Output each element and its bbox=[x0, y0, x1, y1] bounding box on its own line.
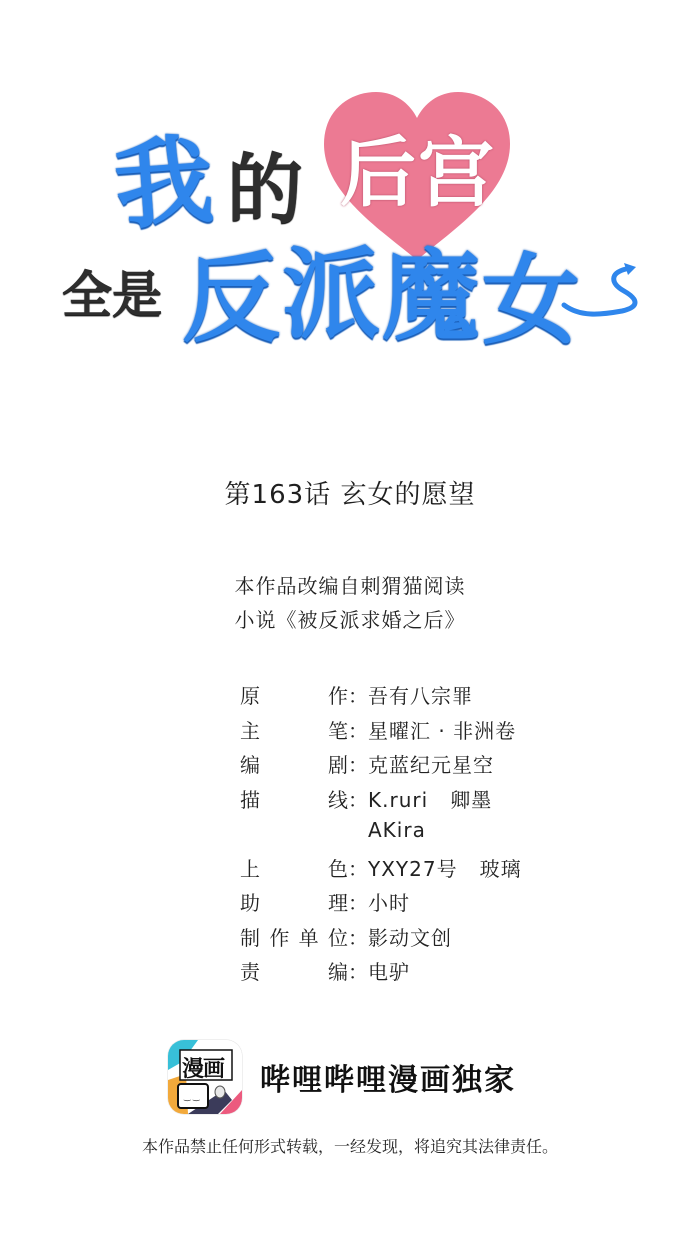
credit-label: 上 色： bbox=[240, 853, 368, 888]
brand-banner: ‿ ‿ 漫画 哔哩哔哩漫画独家 bbox=[168, 1040, 516, 1114]
credit-value: 小时 bbox=[368, 887, 410, 922]
label-char: 位： bbox=[328, 922, 368, 957]
logo-char: 派 bbox=[282, 246, 376, 344]
credit-value: YXY27号 玻璃 bbox=[368, 853, 522, 888]
credit-value: AKira bbox=[368, 818, 426, 853]
label-char: 主 bbox=[240, 715, 260, 750]
logo-char: 的 bbox=[227, 152, 299, 228]
credit-label: 责 编： bbox=[240, 956, 368, 991]
credit-row-lineart-cont: AKira bbox=[240, 818, 522, 853]
label-char: 制 bbox=[240, 922, 260, 957]
credit-label: 原 作： bbox=[240, 680, 368, 715]
logo-char: 全 bbox=[62, 270, 108, 320]
credit-row-lineart: 描 线： K.ruri 卿墨 bbox=[240, 784, 522, 819]
credit-row-script: 编 剧： 克蓝纪元星空 bbox=[240, 749, 522, 784]
label-char: 上 bbox=[240, 853, 260, 888]
logo-char: 宫 bbox=[418, 135, 490, 211]
label-char: 色： bbox=[328, 853, 368, 888]
label-char: 作 bbox=[269, 922, 289, 957]
logo-char: 是 bbox=[112, 270, 158, 320]
bilibili-comics-app-icon: ‿ ‿ 漫画 bbox=[168, 1040, 242, 1114]
credit-label bbox=[240, 818, 368, 853]
label-char: 助 bbox=[240, 887, 260, 922]
app-icon-text: 漫画 bbox=[182, 1052, 224, 1083]
credit-value: 克蓝纪元星空 bbox=[368, 749, 494, 784]
logo-char: 魔 bbox=[382, 248, 476, 346]
credit-value: 吾有八宗罪 bbox=[368, 680, 473, 715]
credit-value: K.ruri 卿墨 bbox=[368, 784, 492, 819]
credit-row-lead-artist: 主 笔： 星曜汇 · 非洲卷 bbox=[240, 715, 522, 750]
label-char: 描 bbox=[240, 784, 260, 819]
credit-value: 电驴 bbox=[368, 956, 410, 991]
brand-text: 哔哩哔哩漫画独家 bbox=[260, 1055, 516, 1099]
chapter-title: 第163话 玄女的愿望 bbox=[0, 474, 700, 511]
adaptation-line-1: 本作品改编自刺猬猫阅读 bbox=[0, 570, 700, 599]
svg-text:‿ ‿: ‿ ‿ bbox=[183, 1092, 200, 1101]
credit-row-editor: 责 编： 电驴 bbox=[240, 956, 522, 991]
credit-label: 编 剧： bbox=[240, 749, 368, 784]
series-logo: 我 的 后 宫 全 是 反 派 魔 女 bbox=[0, 0, 700, 400]
label-char: 作： bbox=[328, 680, 368, 715]
label-char: 单 bbox=[299, 922, 319, 957]
credit-row-original: 原 作： 吾有八宗罪 bbox=[240, 680, 522, 715]
credit-label: 助 理： bbox=[240, 887, 368, 922]
credit-row-assistant: 助 理： 小时 bbox=[240, 887, 522, 922]
credit-value: 影动文创 bbox=[368, 922, 452, 957]
label-char: 理： bbox=[328, 887, 368, 922]
label-char: 原 bbox=[240, 680, 260, 715]
logo-char: 后 bbox=[340, 135, 412, 211]
logo-char: 反 bbox=[182, 250, 276, 348]
label-char: 编 bbox=[240, 749, 260, 784]
credit-value: 星曜汇 · 非洲卷 bbox=[368, 715, 516, 750]
credit-row-color: 上 色： YXY27号 玻璃 bbox=[240, 853, 522, 888]
label-char: 责 bbox=[240, 956, 260, 991]
label-char: 线： bbox=[328, 784, 368, 819]
credits-list: 原 作： 吾有八宗罪 主 笔： 星曜汇 · 非洲卷 编 剧： 克蓝纪元星空 描 … bbox=[240, 680, 522, 991]
credit-label: 主 笔： bbox=[240, 715, 368, 750]
credit-label: 制 作 单 位： bbox=[240, 922, 368, 957]
devil-tail-icon bbox=[560, 255, 650, 325]
label-char: 笔： bbox=[328, 715, 368, 750]
copyright-notice: 本作品禁止任何形式转载，一经发现，将追究其法律责任。 bbox=[0, 1134, 700, 1157]
logo-char: 我 bbox=[112, 132, 213, 236]
label-char: 编： bbox=[328, 956, 368, 991]
label-char: 剧： bbox=[328, 749, 368, 784]
credit-label: 描 线： bbox=[240, 784, 368, 819]
adaptation-line-2: 小说《被反派求婚之后》 bbox=[0, 604, 700, 633]
credit-row-studio: 制 作 单 位： 影动文创 bbox=[240, 922, 522, 957]
